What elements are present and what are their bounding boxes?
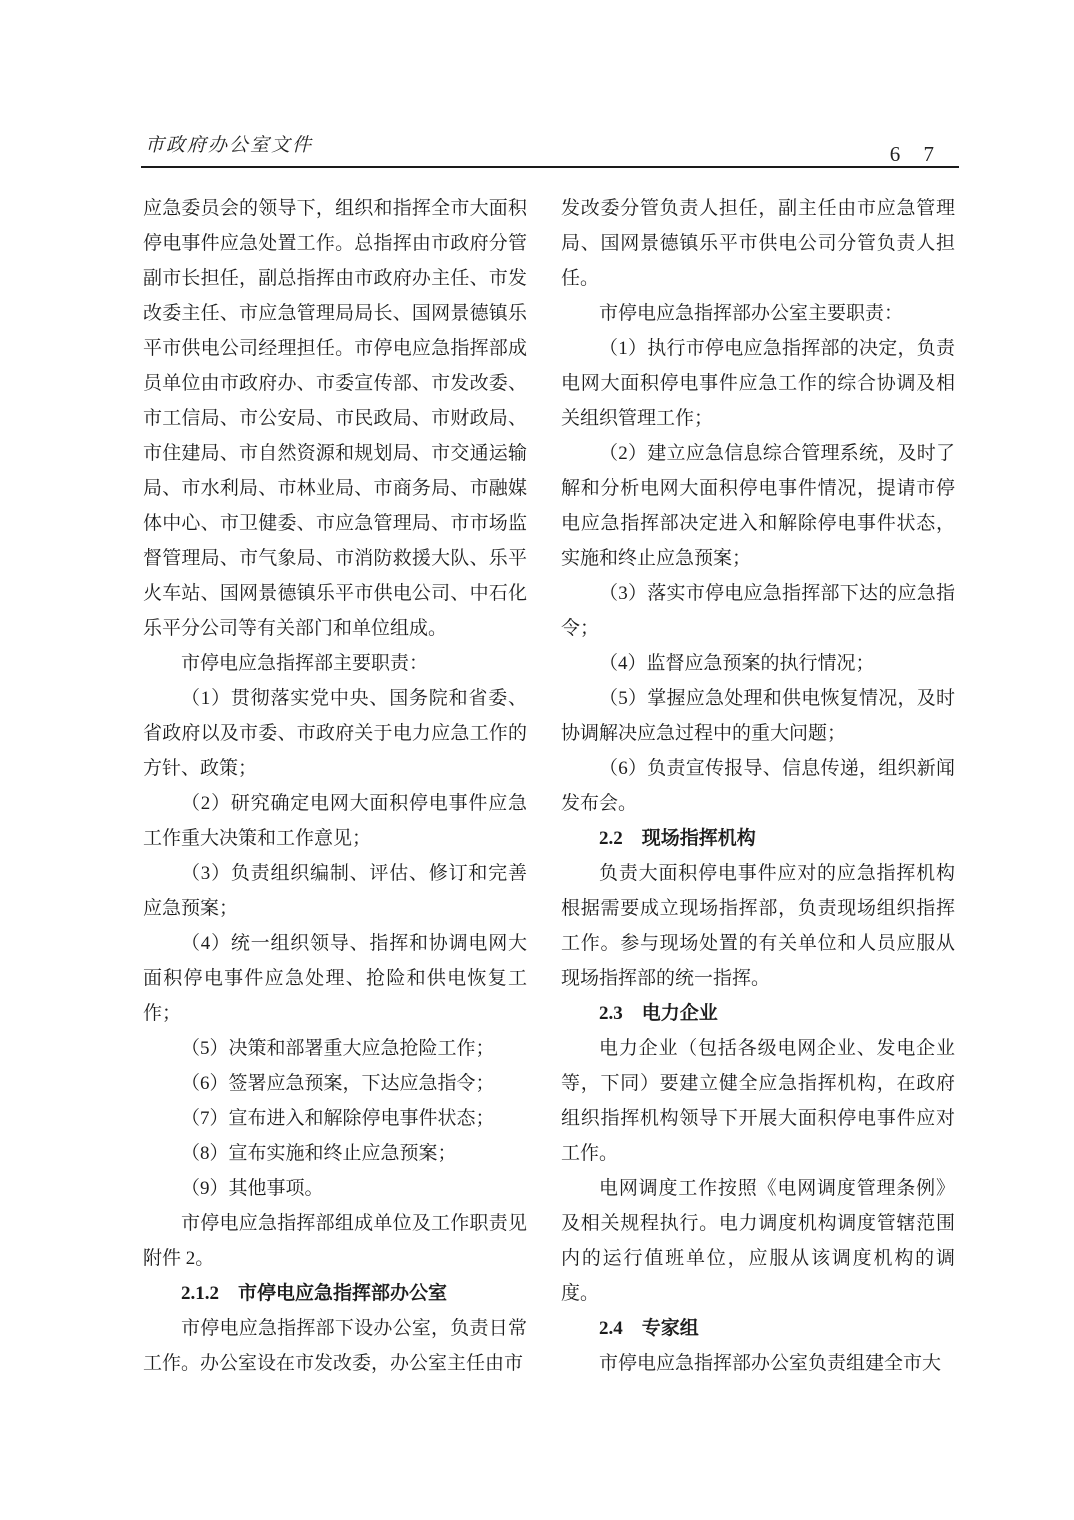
paragraph: 发改委分管负责人担任，副主任由市应急管理局、国网景德镇乐平市供电公司分管负责人担… (561, 191, 955, 296)
paragraph: （3）负责组织编制、评估、修订和完善应急预案； (143, 856, 527, 926)
paragraph: 市停电应急指挥部组成单位及工作职责见附件 2。 (143, 1206, 527, 1276)
paragraph: （4）统一组织领导、指挥和协调电网大面积停电事件应急处理、抢险和供电恢复工作； (143, 926, 527, 1031)
section-heading: 2.1.2 市停电应急指挥部办公室 (143, 1276, 527, 1311)
page-number: 6 7 (890, 142, 943, 167)
paragraph: （3）落实市停电应急指挥部下达的应急指令； (561, 576, 955, 646)
paragraph: （1）贯彻落实党中央、国务院和省委、省政府以及市委、市政府关于电力应急工作的方针… (143, 681, 527, 786)
paragraph: 电网调度工作按照《电网调度管理条例》及相关规程执行。电力调度机构调度管辖范围内的… (561, 1171, 955, 1311)
paragraph: 市停电应急指挥部办公室负责组建全市大 (561, 1346, 955, 1381)
paragraph: （1）执行市停电应急指挥部的决定，负责电网大面积停电事件应急工作的综合协调及相关… (561, 331, 955, 436)
section-heading: 2.2 现场指挥机构 (561, 821, 955, 856)
paragraph: （8）宣布实施和终止应急预案； (143, 1136, 527, 1171)
page-header: 市政府办公室文件 6 7 (141, 126, 959, 168)
paragraph: （4）监督应急预案的执行情况； (561, 646, 955, 681)
paragraph: （9）其他事项。 (143, 1171, 527, 1206)
paragraph: 负责大面积停电事件应对的应急指挥机构根据需要成立现场指挥部，负责现场组织指挥工作… (561, 856, 955, 996)
header-rule (141, 166, 959, 168)
section-heading: 2.3 电力企业 (561, 996, 955, 1031)
paragraph: （2）研究确定电网大面积停电事件应急工作重大决策和工作意见； (143, 786, 527, 856)
paragraph: 电力企业（包括各级电网企业、发电企业等，下同）要建立健全应急指挥机构，在政府组织… (561, 1031, 955, 1171)
right-column: 发改委分管负责人担任，副主任由市应急管理局、国网景德镇乐平市供电公司分管负责人担… (561, 191, 955, 1381)
paragraph: 市停电应急指挥部办公室主要职责： (561, 296, 955, 331)
paragraph: （6）签署应急预案，下达应急指令； (143, 1066, 527, 1101)
document-page: 市政府办公室文件 6 7 应急委员会的领导下，组织和指挥全市大面积停电事件应急处… (0, 0, 1074, 1520)
section-heading: 2.4 专家组 (561, 1311, 955, 1346)
paragraph: （5）决策和部署重大应急抢险工作； (143, 1031, 527, 1066)
body-columns: 应急委员会的领导下，组织和指挥全市大面积停电事件应急处置工作。总指挥由市政府分管… (143, 191, 955, 1381)
header-doc-type: 市政府办公室文件 (145, 130, 313, 157)
paragraph: 应急委员会的领导下，组织和指挥全市大面积停电事件应急处置工作。总指挥由市政府分管… (143, 191, 527, 646)
left-column: 应急委员会的领导下，组织和指挥全市大面积停电事件应急处置工作。总指挥由市政府分管… (143, 191, 527, 1381)
paragraph: （6）负责宣传报导、信息传递，组织新闻发布会。 (561, 751, 955, 821)
paragraph: 市停电应急指挥部主要职责： (143, 646, 527, 681)
paragraph: （2）建立应急信息综合管理系统，及时了解和分析电网大面积停电事件情况，提请市停电… (561, 436, 955, 576)
paragraph: 市停电应急指挥部下设办公室，负责日常工作。办公室设在市发改委，办公室主任由市 (143, 1311, 527, 1381)
paragraph: （5）掌握应急处理和供电恢复情况，及时协调解决应急过程中的重大问题； (561, 681, 955, 751)
paragraph: （7）宣布进入和解除停电事件状态； (143, 1101, 527, 1136)
